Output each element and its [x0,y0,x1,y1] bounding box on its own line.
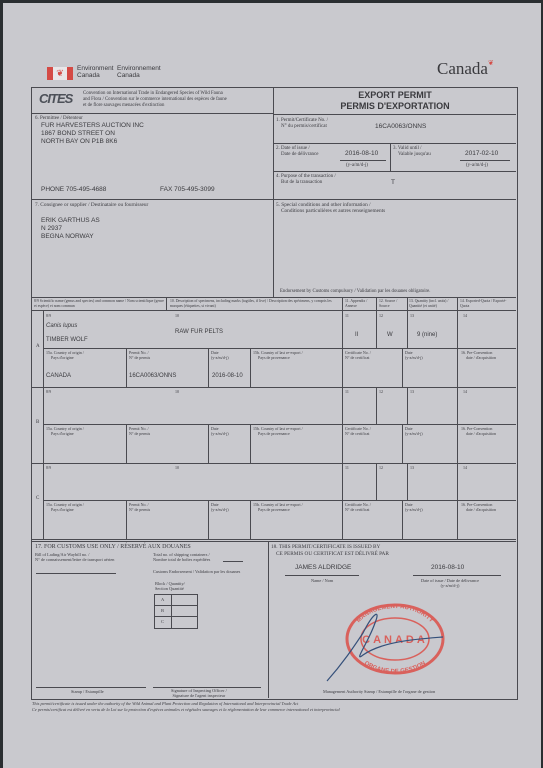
customs-endorsement-note: Endorsement by Customs compulsory / Vali… [280,289,430,295]
block-c: C [161,619,164,625]
total-containers-label: Total no. of shipping containers /Nombre… [153,552,210,562]
block-quantity-header: Block / Quantity/Section Quantité [155,581,185,591]
customs-section-title: 17. FOR CUSTOMS USE ONLY / RÉSERVÉ AUX D… [35,544,191,551]
consignee-label: 7. Consignee or supplier / Destinataire … [35,202,148,208]
date-format-hint: (y-a/m/d-j) [346,163,368,169]
purpose-value: T [391,179,395,187]
row-letter: A [36,344,40,350]
col-header-quota: 14. Exported-Quota / Exporté-Quota [460,299,514,308]
col-header-appendix: 11. Appendix / Annexe [345,299,375,308]
reexport-label: 15b. Country of last re-export /Pays de … [253,502,303,512]
scientific-name: Canis lupus [46,322,77,330]
cell-number: 12 [379,465,383,471]
issuer-date-label: Date of issue / Date de délivrance(y-a/m… [421,578,479,588]
stamp-label: Stamp / Estampille [71,689,104,695]
permittee-address: FUR HARVESTERS AUCTION INC1867 BOND STRE… [41,122,144,146]
valid-until-value: 2017-02-10 [465,150,498,158]
pre-convention-label: 16. Pre-Conventiondate / d'acquisition [461,350,496,360]
permit-number-value: 16CA0063/ONNS [375,123,426,131]
reexport-label: 15b. Country of last re-export /Pays de … [253,350,303,360]
permit-document: ❦ EnvironmentCanada EnvironnementCanada … [3,3,541,768]
date-label: Date(y-a/m/d-j) [211,502,229,512]
permittee-phone: PHONE 705-495-4688 [41,186,106,194]
cell-number: 13 [410,389,414,395]
col-header-source: 12. Source / Source [379,299,406,308]
date-of-issue-value: 2016-08-10 [345,150,378,158]
consignee-address: ERIK GARTHUS ASN 2937BEGNA NORWAY [41,217,100,241]
origin-permit-date: 2016-08-10 [212,372,243,380]
bill-of-lading-label: Bill of Lading/Air Waybill no. /N° de co… [35,552,114,562]
col-header-description: 10. Description of specimens, including … [170,299,340,308]
common-name: TIMBER WOLF [46,336,88,344]
cell-number: 10 [175,465,179,471]
certificate-no-label: Certificate No. /N° de certificat [345,350,371,360]
inspecting-officer-label: Signature of Inspecting Officer /Signatu… [171,688,227,698]
department-fr: EnvironnementCanada [117,65,161,79]
cell-number: 14 [463,465,467,471]
col-header-quantity: 13. Quantity (incl. units) / Quantité (e… [409,299,456,308]
cell-number: 13 [410,465,414,471]
cell-number: 10 [175,313,179,319]
cell-number: 8/9 [46,465,51,471]
cell-number: 11 [345,389,349,395]
date-label: Date(y-a/m/d-j) [405,426,423,436]
management-stamp-label: Management Authority Stamp / Estampille … [323,689,435,695]
date-label: Date(y-a/m/d-j) [405,350,423,360]
cell-number: 13 [410,313,414,319]
pre-convention-label: 16. Pre-Conventiondate / d'acquisition [461,502,496,512]
pre-convention-label: 16. Pre-Conventiondate / d'acquisition [461,426,496,436]
purpose-label: 4. Purpose of the transaction /But de la… [276,174,336,186]
cell-number: 14 [463,313,467,319]
country-of-origin: CANADA [46,372,71,380]
origin-label: 15a. Country of origin /Pays d'origine [46,350,84,360]
cell-number: 11 [345,313,349,319]
date-label: Date(y-a/m/d-j) [211,426,229,436]
origin-permit-number: 16CA0063/ONNS [129,372,176,380]
legal-footer: This permit/certificate is issued under … [32,701,340,712]
issuer-name-label: Name / Nom [311,578,333,584]
convention-text: Convention on International Trade in End… [83,91,227,109]
cell-number: 8/9 [46,389,51,395]
permit-no-label: Permit No. /N° de permis [129,350,150,360]
date-of-issue-label: 2. Date of issue /Date de délivrance [276,146,318,158]
specimen-description: RAW FUR PELTS [175,328,223,336]
cell-number: 14 [463,389,467,395]
issued-by-title: 18. THIS PERMIT/CERTIFICATE IS ISSUED BY… [271,544,389,557]
permit-no-label: Permit No. /N° de permis [129,426,150,436]
canada-flag-icon: ❦ [47,67,73,80]
svg-text:MANAGEMENT AUTHORITY: MANAGEMENT AUTHORITY [356,604,434,624]
svg-text:ORGANE DE GESTION: ORGANE DE GESTION [363,661,427,676]
certificate-no-label: Certificate No. /N° de certificat [345,426,371,436]
row-letter: B [36,420,39,426]
issuer-name: JAMES ALDRIDGE [295,564,351,572]
cell-number: 11 [345,465,349,471]
customs-endorsement-label: Customs Endorsement / Validation par les… [153,569,240,575]
date-label: Date(y-a/m/d-j) [405,502,423,512]
col-header-scientific-name: 8/9 Scientific name (genus and species) … [34,299,164,308]
quantity-value: 9 (nine) [417,331,437,339]
permit-no-label: Permit No. /N° de permis [129,502,150,512]
reexport-label: 15b. Country of last re-export /Pays de … [253,426,303,436]
cites-logo: CITES [39,91,72,106]
block-b: B [161,608,164,614]
svg-text:CANADA: CANADA [362,634,428,646]
block-a: A [161,597,164,603]
origin-label: 15a. Country of origin /Pays d'origine [46,426,84,436]
date-label: Date(y-a/m/d-j) [211,350,229,360]
date-format-hint: (y-a/m/d-j) [466,163,488,169]
appendix-value: II [355,331,358,339]
canada-wordmark: Canada❦ [437,59,494,79]
document-title: EXPORT PERMITPERMIS D'EXPORTATION [274,90,516,112]
cell-number: 12 [379,313,383,319]
management-authority-stamp: MANAGEMENT AUTHORITY CANADA ORGANE DE GE… [323,593,463,683]
source-value: W [387,331,393,339]
row-letter: C [36,496,39,502]
special-conditions-label: 5. Special conditions and other informat… [276,202,385,214]
cell-number: 8/9 [46,313,51,319]
valid-until-label: 3. Valid until /Valable jusqu'au [393,146,431,158]
permittee-fax: FAX 705-495-3099 [160,186,215,194]
certificate-no-label: Certificate No. /N° de certificat [345,502,371,512]
cell-number: 12 [379,389,383,395]
cell-number: 10 [175,389,179,395]
department-en: EnvironmentCanada [77,65,114,79]
issuer-date: 2016-08-10 [431,564,464,572]
permit-number-label: 1. Permit/Certificate No. /N° du permis/… [276,118,328,130]
origin-label: 15a. Country of origin /Pays d'origine [46,502,84,512]
